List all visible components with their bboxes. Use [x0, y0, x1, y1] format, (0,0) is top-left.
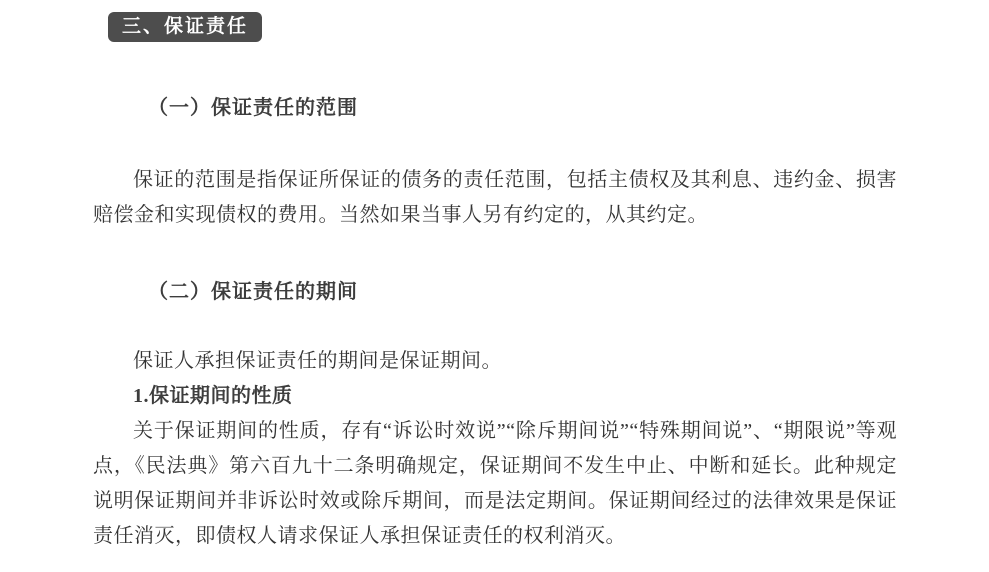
paragraph-period-intro: 保证人承担保证责任的期间是保证期间。: [93, 344, 897, 379]
subsection-heading-period: （二）保证责任的期间: [93, 275, 897, 304]
subsection-heading-scope: （一）保证责任的范围: [93, 91, 897, 120]
paragraph-period-nature: 关于保证期间的性质，存有“诉讼时效说”“除斥期间说”“特殊期间说”、“期限说”等…: [93, 414, 897, 554]
paragraph-scope: 保证的范围是指保证所保证的债务的责任范围，包括主债权及其利息、违约金、损害赔偿金…: [93, 163, 897, 233]
sub-subsection-heading-nature: 1.保证期间的性质: [93, 379, 897, 414]
section-title-badge: 三、保证责任: [108, 12, 262, 42]
document-page: 三、保证责任 （一）保证责任的范围 保证的范围是指保证所保证的债务的责任范围，包…: [0, 0, 989, 572]
